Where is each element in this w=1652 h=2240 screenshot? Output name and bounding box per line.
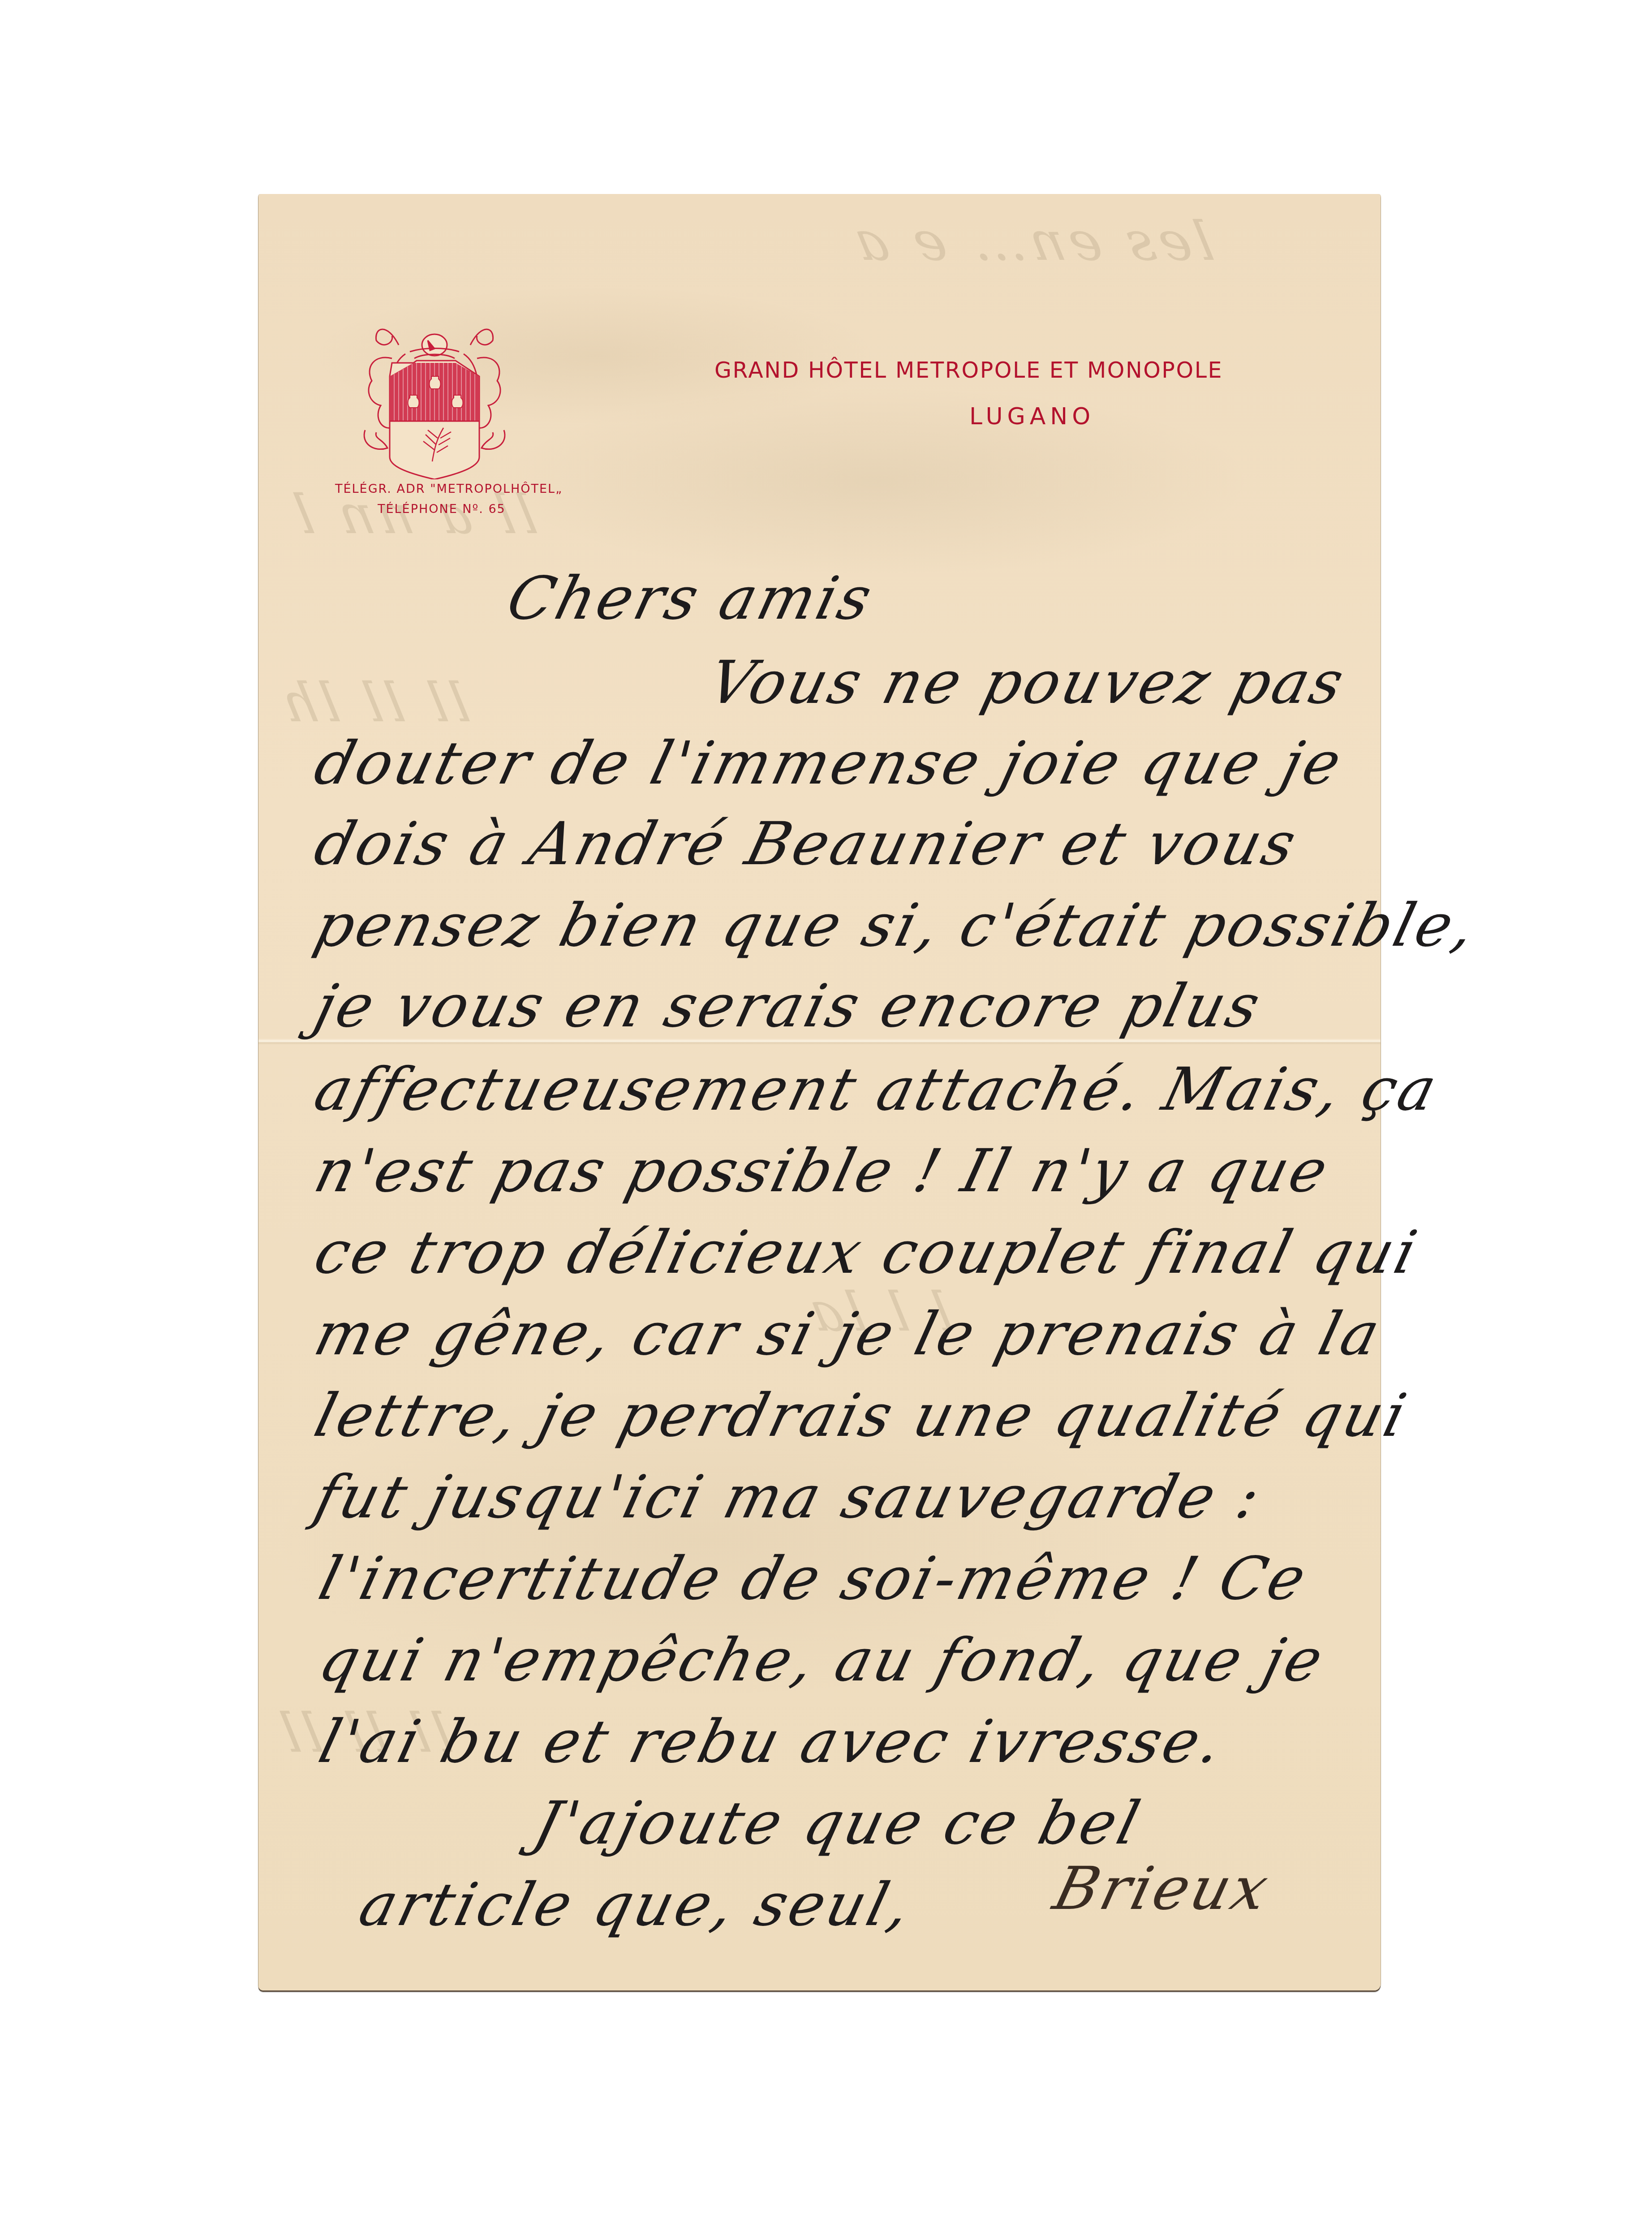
letter-line: n'est pas possible ! Il n'y a que — [309, 1142, 1336, 1201]
letter-line: je vous en serais encore plus — [309, 977, 1268, 1036]
bleed-through-text: les en… e a — [844, 211, 1219, 273]
letter-line: douter de l'immense joie que je — [309, 734, 1349, 793]
letter-line: ce trop délicieux couplet final qui — [309, 1223, 1425, 1282]
letter-line: l'ai bu et rebu avec ivresse. — [314, 1712, 1230, 1771]
letter-line: lettre, je perdrais une qualité qui — [309, 1386, 1414, 1445]
letter-line: pensez bien que si, c'était possible, — [309, 896, 1483, 955]
letter-line: dois à André Beaunier et vous — [309, 814, 1304, 874]
letter-line: J'ajoute que ce bel — [529, 1794, 1148, 1853]
letter-line: affectueusement attaché. Mais, ça — [309, 1060, 1445, 1119]
letter-line: Vous ne pouvez pas — [703, 653, 1352, 712]
letter-line: me gêne, car si je le prenais à la — [309, 1305, 1388, 1364]
letter-greeting: Chers amis — [502, 569, 880, 628]
telephone-number: TÉLÉPHONE Nº. 65 — [378, 502, 506, 516]
bleed-through-text: ll ll lh — [271, 672, 475, 734]
letter-line: qui n'empêche, au fond, que je — [314, 1631, 1331, 1690]
hotel-city: LUGANO — [969, 403, 1095, 430]
letter-line: fut jusqu'ici ma sauvegarde : — [309, 1468, 1268, 1527]
letter-line: l'incertitude de soi-même ! Ce — [314, 1549, 1314, 1608]
signature-brieux: Brieux — [1048, 1859, 1276, 1918]
hotel-name: GRAND HÔTEL METROPOLE ET MONOPOLE — [714, 358, 1223, 383]
coat-of-arms-icon — [356, 296, 513, 479]
letter-line: article que, seul, — [354, 1875, 919, 1934]
telegram-address: TÉLÉGR. ADR "METROPOLHÔTEL„ — [335, 482, 563, 496]
